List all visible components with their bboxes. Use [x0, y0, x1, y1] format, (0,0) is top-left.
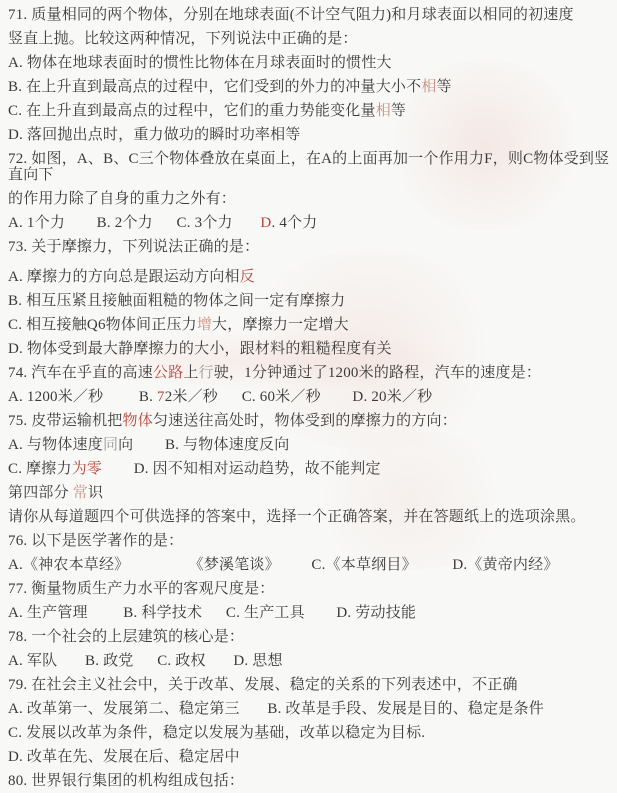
section-4-header: 第四部分 常识: [8, 485, 611, 501]
q73-option-c-text: C. 相互接触Q6物体间正压力: [8, 317, 197, 333]
q73-option-d-text: D. 物体受到最大静摩擦力的大小，跟材料的粗糙程度有关: [8, 341, 392, 357]
q78-stem-text: 78. 一个社会的上层建筑的核心是：: [8, 629, 244, 645]
q75-options-row-cd-text: C. 摩擦力: [8, 461, 72, 477]
q80-stem: 80. 世界银行集团的机构组成包括：: [8, 773, 611, 789]
exam-page: 71. 质量相同的两个物体，分别在地球表面(不计空气阻力)和月球表面以相同的初速…: [0, 0, 617, 793]
q73-option-b-text: B. 相互压紧且接触面粗糙的物体之间一定有摩擦力: [8, 293, 345, 309]
q71-stem-line-2: 竖直上抛。比较这两种情况，下列说法中正确的是：: [8, 31, 611, 47]
q80-stem-text: 80. 世界银行集团的机构组成包括：: [8, 773, 244, 789]
q71-stem-line-1: 71. 质量相同的两个物体，分别在地球表面(不计空气阻力)和月球表面以相同的初速…: [8, 7, 611, 23]
q71-option-c-text: 相: [376, 103, 391, 119]
q74-options-row-text: 7: [157, 389, 165, 405]
q71-stem-line-1-text: 71. 质量相同的两个物体，分别在地球表面(不计空气阻力)和月球表面以相同的初速…: [8, 7, 574, 23]
q71-option-c-text: 等: [391, 103, 406, 119]
q71-option-d: D. 落回抛出点时，重力做功的瞬时功率相等: [8, 127, 611, 143]
section-4-header-text: 常: [73, 485, 88, 501]
q72-stem-line-1-text: 72. 如图，A、B、C三个物体叠放在桌面上，在A的上面再加一个作用力F，则C物…: [8, 151, 609, 183]
q73-option-c: C. 相互接触Q6物体间正压力增大，摩擦力一定增大: [8, 317, 611, 333]
q71-option-d-text: D. 落回抛出点时，重力做功的瞬时功率相等: [8, 127, 301, 143]
q71-option-a-text: A. 物体在地球表面时的惯性比物体在月球表面时的惯性大: [8, 55, 392, 71]
q73-option-a: A. 摩擦力的方向总是跟运动方向相反: [8, 269, 611, 285]
q76-options-row: A.《神农本草经》 《梦溪笔谈》 C.《本草纲目》 D.《黄帝内经》: [8, 557, 611, 573]
q79-option-d-text: D. 改革在先、发展在后、稳定居中: [8, 749, 240, 765]
q75-options-row-ab: A. 与物体速度同向 B. 与物体速度反向: [8, 437, 611, 453]
q75-options-row-ab-text: A. 与物体速度: [8, 437, 103, 453]
q71-option-b: B. 在上升直到最高点的过程中，它们受到的外力的冲量大小不相等: [8, 79, 611, 95]
q75-stem-text: 物体: [123, 413, 153, 429]
q75-options-row-ab-text: 同: [103, 437, 118, 453]
q79-options-row-ab-text: A. 改革第一、发展第二、稳定第三 B. 改革是手段、发展是目的、稳定是条件: [8, 701, 544, 717]
q71-stem-line-2-text: 竖直上抛。比较这两种情况，下列说法中正确的是：: [8, 31, 358, 47]
q72-options-row: A. 1个力 B. 2个力 C. 3个力 D. 4个力: [8, 215, 611, 231]
section-4-instruction: 请你从每道题四个可供选择的答案中，选择一个正确答案，并在答题纸上的选项涂黑。: [8, 509, 611, 525]
q72-options-row-text: A. 1个力 B. 2个力 C. 3个力: [8, 215, 260, 231]
q72-stem-line-2: 的作用力除了自身的重力之外有：: [8, 191, 611, 207]
q74-options-row-text: A. 1200米／秒 B.: [8, 389, 157, 405]
q75-options-row-cd-text: 为零: [72, 461, 102, 477]
q78-stem: 78. 一个社会的上层建筑的核心是：: [8, 629, 611, 645]
q71-option-b-text: 相: [421, 79, 436, 95]
q75-options-row-ab-text: 向 B. 与物体速度反向: [118, 437, 289, 453]
q79-option-c-text: C. 发展以改革为条件，稳定以发展为基础，改革以稳定为目标.: [8, 725, 425, 741]
q73-option-a-text: 反: [240, 269, 255, 285]
q77-options-row-text: A. 生产管理 B. 科学技术 C. 生产工具 D. 劳动技能: [8, 605, 416, 621]
q73-option-a-text: A. 摩擦力的方向总是跟运动方向相: [8, 269, 240, 285]
q71-option-b-text: B. 在上升直到最高点的过程中，它们受到的外力的冲量大小不: [8, 79, 421, 95]
q74-stem-text: 驶，1分钟通过了1200米的路程，汽车的速度是：: [214, 365, 541, 381]
q79-stem-text: 79. 在社会主义社会中，关于改革、发展、稳定的关系的下列表述中，不正确: [8, 677, 518, 693]
q77-options-row: A. 生产管理 B. 科学技术 C. 生产工具 D. 劳动技能: [8, 605, 611, 621]
q72-options-row-text: D: [260, 215, 271, 231]
q71-option-b-text: 等: [437, 79, 452, 95]
q72-options-row-text: . 4个力: [271, 215, 317, 231]
q79-options-row-ab: A. 改革第一、发展第二、稳定第三 B. 改革是手段、发展是目的、稳定是条件: [8, 701, 611, 717]
q71-option-c: C. 在上升直到最高点的过程中，它们的重力势能变化量相等: [8, 103, 611, 119]
section-4-header-text: 第四部分: [8, 485, 73, 501]
q71-option-c-text: C. 在上升直到最高点的过程中，它们的重力势能变化量: [8, 103, 376, 119]
q72-stem-line-1: 72. 如图，A、B、C三个物体叠放在桌面上，在A的上面再加一个作用力F，则C物…: [8, 151, 611, 183]
q76-options-row-text: A.《神农本草经》 《梦溪笔谈》 C.《本草纲目》 D.《黄帝内经》: [8, 557, 559, 573]
q78-options-row: A. 军队 B. 政党 C. 政权 D. 思想: [8, 653, 611, 669]
q73-option-c-text: 大，摩擦力一定增大: [212, 317, 349, 333]
q76-stem-text: 76. 以下是医学著作的是：: [8, 533, 183, 549]
q74-stem-text: 74. 汽车在乎直的高速: [8, 365, 153, 381]
q73-option-c-text: 增: [197, 317, 212, 333]
q77-stem-text: 77. 衡量物质生产力水平的客观尺度是：: [8, 581, 275, 597]
q74-stem: 74. 汽车在乎直的高速公路上行驶，1分钟通过了1200米的路程，汽车的速度是：: [8, 365, 611, 381]
q73-option-d: D. 物体受到最大静摩擦力的大小，跟材料的粗糙程度有关: [8, 341, 611, 357]
q79-stem: 79. 在社会主义社会中，关于改革、发展、稳定的关系的下列表述中，不正确: [8, 677, 611, 693]
q77-stem: 77. 衡量物质生产力水平的客观尺度是：: [8, 581, 611, 597]
q75-options-row-cd: C. 摩擦力为零 D. 因不知相对运动趋势，故不能判定: [8, 461, 611, 477]
q74-stem-text: 上: [183, 365, 198, 381]
q75-options-row-cd-text: D. 因不知相对运动趋势，故不能判定: [102, 461, 381, 477]
q79-option-d: D. 改革在先、发展在后、稳定居中: [8, 749, 611, 765]
q79-option-c: C. 发展以改革为条件，稳定以发展为基础，改革以稳定为目标.: [8, 725, 611, 741]
q73-stem-text: 73. 关于摩擦力，下列说法正确的是：: [8, 239, 259, 255]
q78-options-row-text: A. 军队 B. 政党 C. 政权 D. 思想: [8, 653, 283, 669]
q73-stem: 73. 关于摩擦力，下列说法正确的是：: [8, 239, 611, 255]
section-4-instruction-text: 请你从每道题四个可供选择的答案中，选择一个正确答案，并在答题纸上的选项涂黑。: [8, 509, 586, 525]
q75-stem-text: 75. 皮带运输机把: [8, 413, 123, 429]
q72-stem-line-2-text: 的作用力除了自身的重力之外有：: [8, 191, 236, 207]
q74-stem-text: 公路: [153, 365, 183, 381]
q73-option-b: B. 相互压紧且接触面粗糙的物体之间一定有摩擦力: [8, 293, 611, 309]
q75-stem-text: 匀速送往高处时，物体受到的摩擦力的方向：: [153, 413, 457, 429]
q74-stem-text: 行: [199, 365, 214, 381]
q75-stem: 75. 皮带运输机把物体匀速送往高处时，物体受到的摩擦力的方向：: [8, 413, 611, 429]
q74-options-row-text: 2米／秒 C. 60米／秒 D. 20米／秒: [165, 389, 433, 405]
q71-option-a: A. 物体在地球表面时的惯性比物体在月球表面时的惯性大: [8, 55, 611, 71]
q76-stem: 76. 以下是医学著作的是：: [8, 533, 611, 549]
q74-options-row: A. 1200米／秒 B. 72米／秒 C. 60米／秒 D. 20米／秒: [8, 389, 611, 405]
section-4-header-text: 识: [88, 485, 103, 501]
